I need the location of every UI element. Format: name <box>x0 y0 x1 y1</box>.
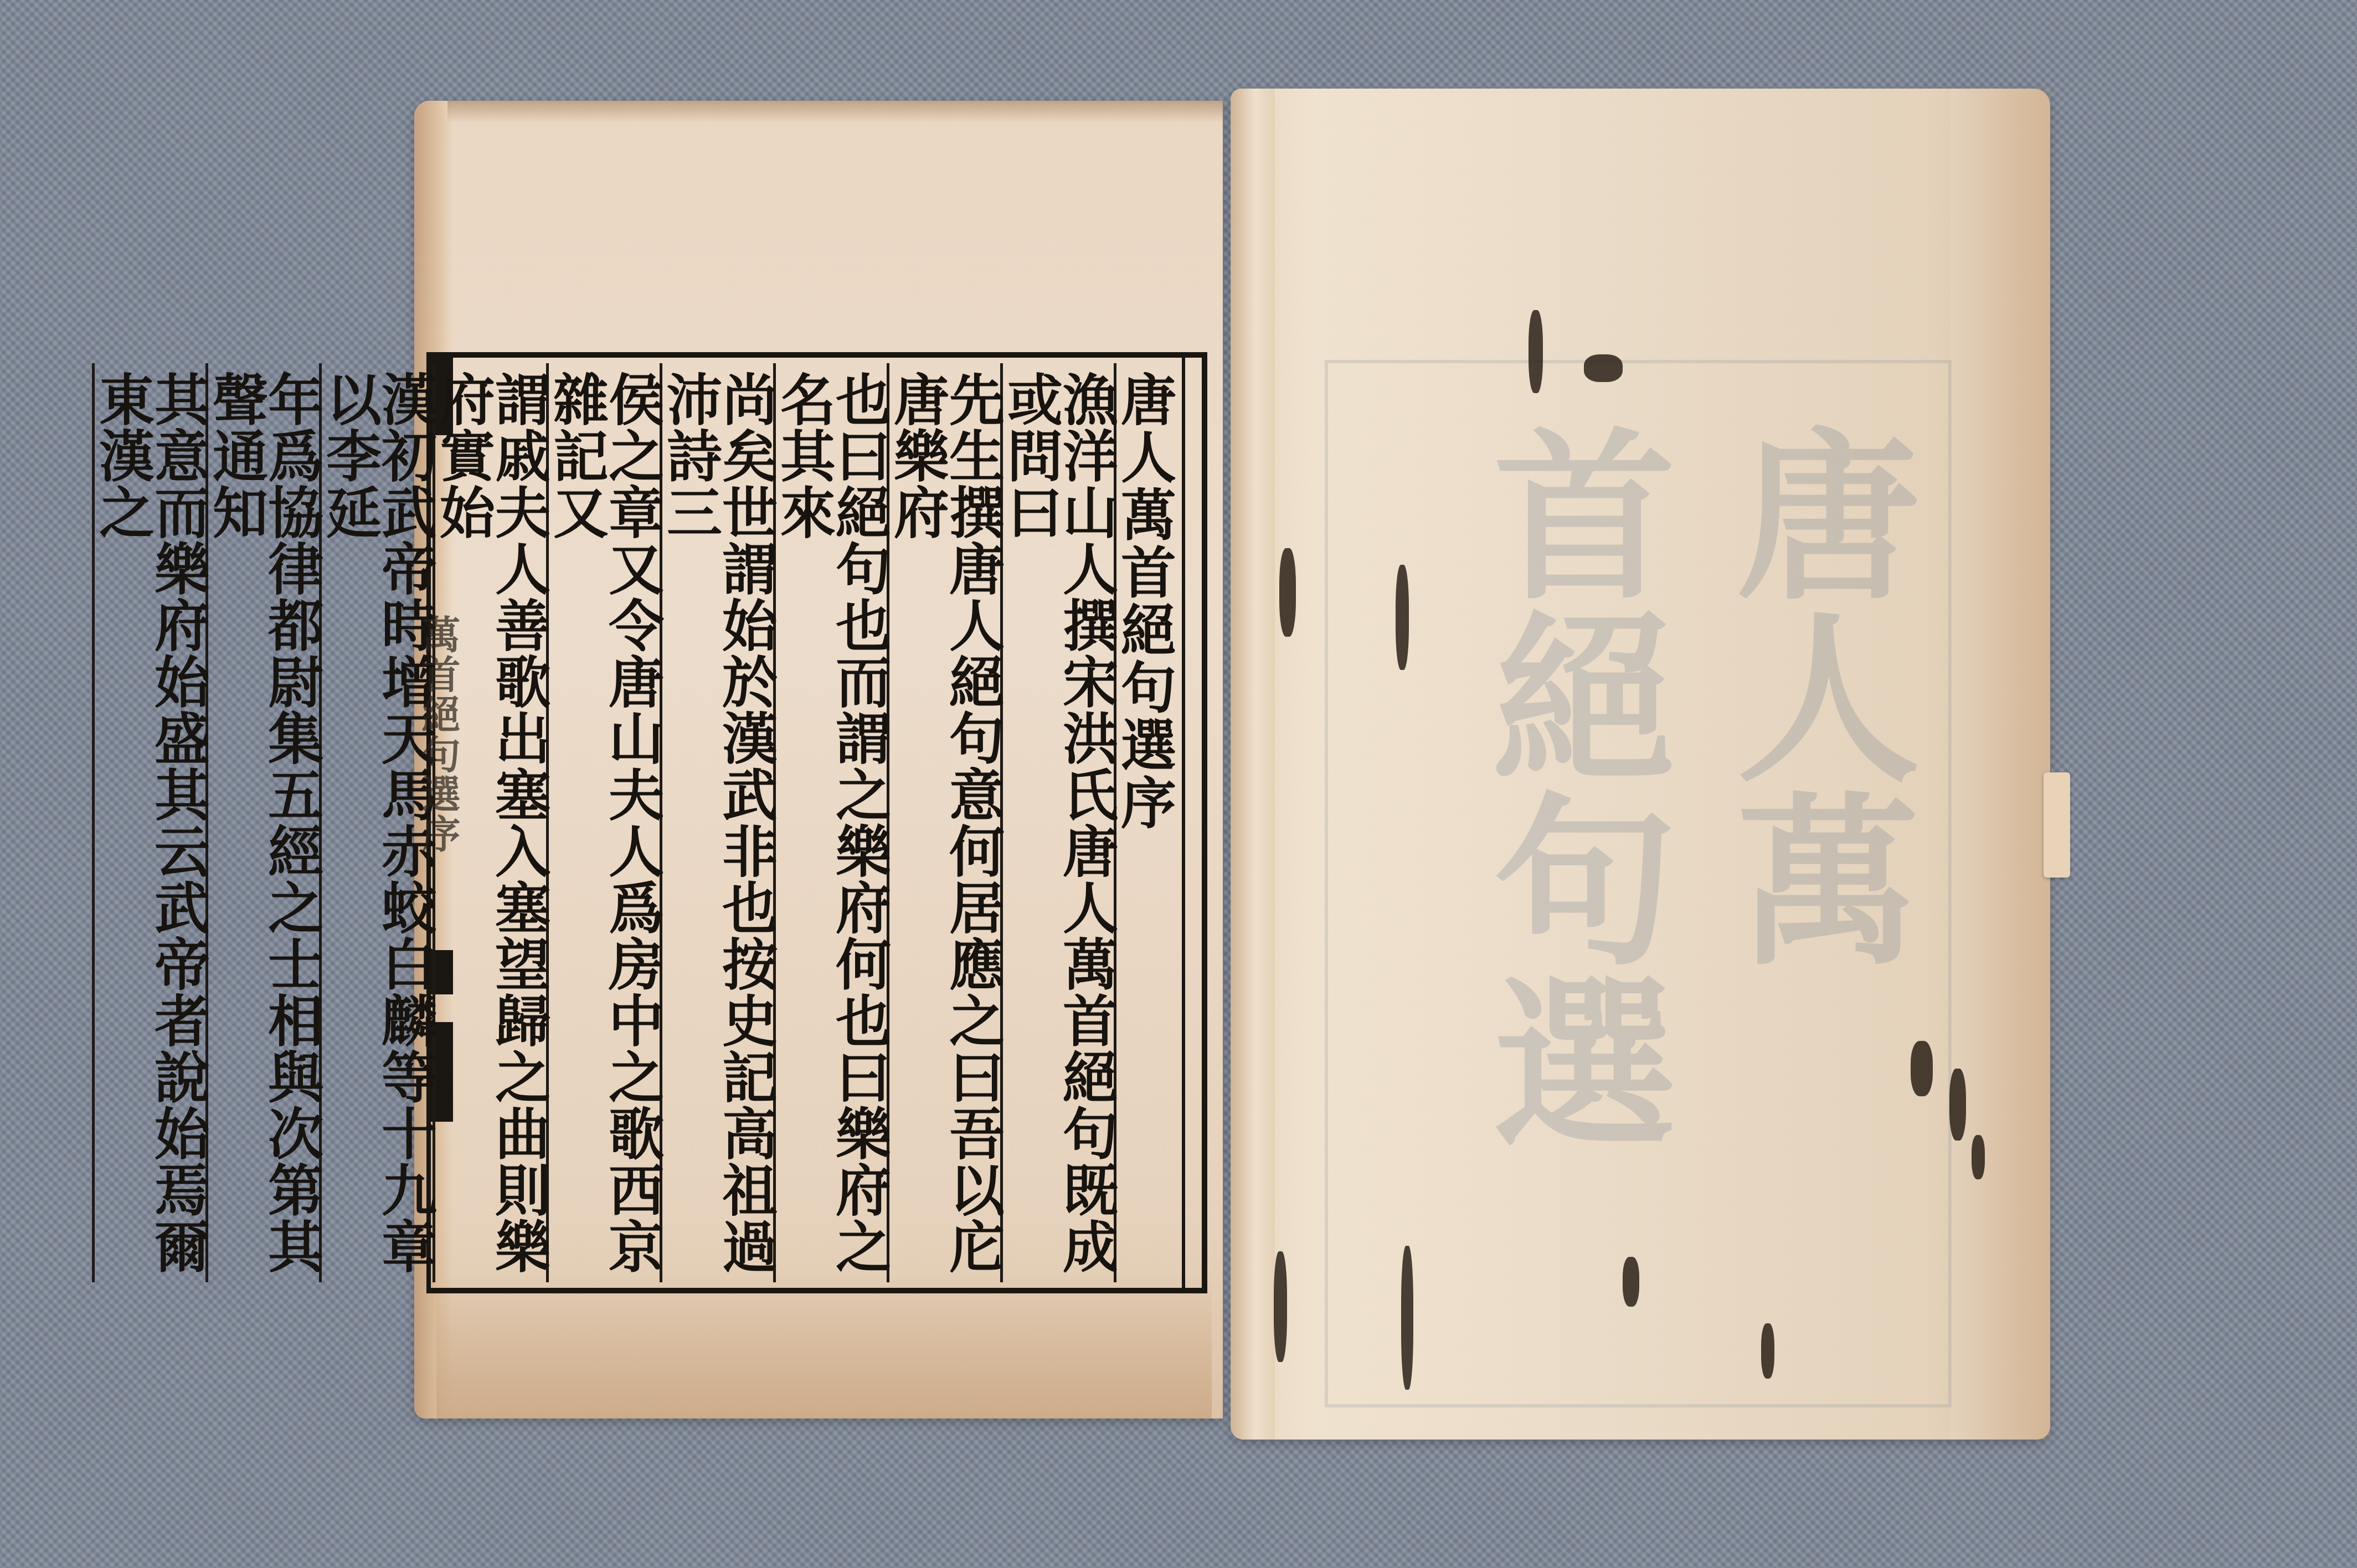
open-book: 唐人萬首絕句選序 漁洋山人撰宋洪氏唐人萬首絕句既成或問曰 先生撰唐人絕句意何居應… <box>0 0 2357 1568</box>
text-columns: 唐人萬首絕句選序 漁洋山人撰宋洪氏唐人萬首絕句既成或問曰 先生撰唐人絕句意何居應… <box>477 363 1172 1282</box>
column-text: 先生撰唐人絕句意何居應之曰吾以庀唐樂府 <box>889 363 1000 1282</box>
column-text: 年爲協律都尉集五經之士相與次第其聲通知 <box>208 363 319 1282</box>
wormhole <box>1529 310 1543 393</box>
wormhole <box>1396 565 1409 670</box>
text-column: 尚矣世謂始於漢武非也按史記高祖過沛詩三 <box>660 363 773 1282</box>
preface-title-column: 唐人萬首絕句選序 <box>1114 363 1172 1282</box>
text-column: 侯之章又令唐山夫人爲房中之歌西京雜記又 <box>546 363 660 1282</box>
column-text: 尚矣世謂始於漢武非也按史記高祖過沛詩三 <box>662 363 773 1282</box>
text-column: 漁洋山人撰宋洪氏唐人萬首絕句既成或問曰 <box>1000 363 1114 1282</box>
show-through-text: 唐人萬 <box>1718 421 1910 969</box>
spine-fold <box>1231 89 1275 1440</box>
wormhole <box>1949 1069 1966 1141</box>
column-text: 其意而樂府始盛其云武帝者說始焉爾東漢之 <box>95 363 205 1282</box>
right-page: 唐人萬 首絕句選 <box>1231 89 2050 1440</box>
bottom-wear <box>436 1275 1212 1419</box>
column-text: 侯之章又令唐山夫人爲房中之歌西京雜記又 <box>549 363 660 1282</box>
center-strip-label: 萬首絕句選序 <box>419 354 457 1290</box>
frame-double-rule <box>1182 358 1185 1288</box>
wormhole <box>1584 354 1623 382</box>
wormhole <box>1911 1041 1933 1096</box>
preface-title: 唐人萬首絕句選序 <box>1116 363 1172 1282</box>
text-column: 先生撰唐人絕句意何居應之曰吾以庀唐樂府 <box>887 363 1000 1282</box>
wormhole <box>1623 1257 1639 1307</box>
top-stain <box>447 101 1223 123</box>
text-column: 也曰絕句也而謂之樂府何也曰樂府之名其來 <box>773 363 887 1282</box>
printed-text-frame: 唐人萬首絕句選序 漁洋山人撰宋洪氏唐人萬首絕句既成或問曰 先生撰唐人絕句意何居應… <box>426 352 1207 1293</box>
center-strip: 萬首絕句選序 <box>429 354 447 1290</box>
paper-tab <box>2044 772 2070 878</box>
text-column: 年爲協律都尉集五經之士相與次第其聲通知 <box>205 363 319 1282</box>
wormhole <box>1761 1323 1774 1379</box>
wormhole <box>1274 1251 1287 1362</box>
text-column: 其意而樂府始盛其云武帝者說始焉爾東漢之 <box>92 363 205 1282</box>
show-through-text: 首絕句選 <box>1474 421 1666 1152</box>
column-text: 也曰絕句也而謂之樂府何也曰樂府之名其來 <box>776 363 887 1282</box>
column-text: 漁洋山人撰宋洪氏唐人萬首絕句既成或問曰 <box>1003 363 1114 1282</box>
wormhole <box>1401 1246 1413 1390</box>
page-flap <box>1951 89 2050 1440</box>
wormhole <box>1972 1135 1985 1179</box>
wormhole <box>1279 548 1296 637</box>
